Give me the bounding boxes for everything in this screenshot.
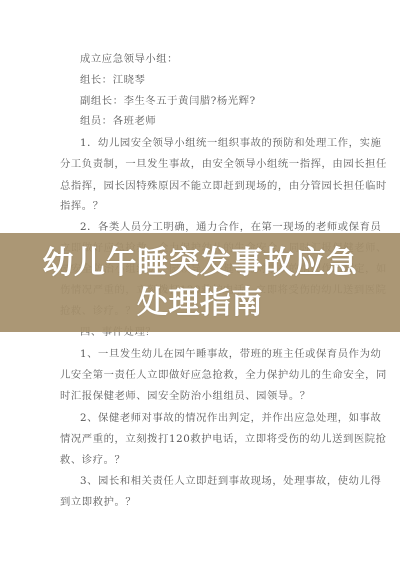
document-line: 3、园长和相关责任人立即赶到事故现场，处理事故，使幼儿得	[80, 474, 365, 488]
document-line: 1、一旦发生幼儿在园午睡事故，带班的班主任或保育员作为幼	[80, 347, 365, 361]
document-line: 成立应急领导小组：	[80, 52, 365, 66]
document-line: 分工负责制，一旦发生事故，由安全领导小组统一指挥，由园长担任	[60, 157, 345, 171]
document-line: 时汇报保健老师、园安全防治小组组员、园领导。？	[60, 389, 345, 403]
document-line: 2、保健老师对事故的情况作出判定，并作出应急处理，如事故	[80, 411, 365, 425]
banner-title-line-2: 处理指南	[0, 283, 400, 323]
banner-title: 幼儿午睡突发事故应急 处理指南	[0, 243, 400, 323]
document-line: 指挥。？	[60, 199, 345, 213]
document-line: 组员：各班老师	[80, 114, 365, 128]
document-line: 1．幼儿园安全领导小组统一组织事故的预防和处理工作，实施	[80, 136, 365, 150]
banner-title-line-1: 幼儿午睡突发事故应急	[0, 243, 400, 283]
document-line: 到立即救护。？	[60, 495, 345, 509]
document-page: 成立应急领导小组：组长：江晓琴副组长：李生冬五于黄闫腊?杨光辉?组员：各班老师1…	[0, 0, 400, 566]
document-line: 2．各类人员分工明确，通力合作，在第一现场的老师或保育员	[80, 220, 365, 234]
document-line: 救、诊疗。？	[60, 453, 345, 467]
document-line: 总指挥，园长因特殊原因不能立即赶到现场的，由分管园长担任临时	[60, 179, 345, 193]
document-line: 情况严重的，立刻拨打120救护电话，立即将受伤的幼儿送到医院抢	[60, 432, 345, 446]
document-line: 儿安全第一责任人立即做好应急抢救，全力保护幼儿的生命安全，同	[60, 368, 345, 382]
document-line: 组长：江晓琴	[80, 73, 365, 87]
document-line: 副组长：李生冬五于黄闫腊?杨光辉?	[80, 94, 365, 108]
